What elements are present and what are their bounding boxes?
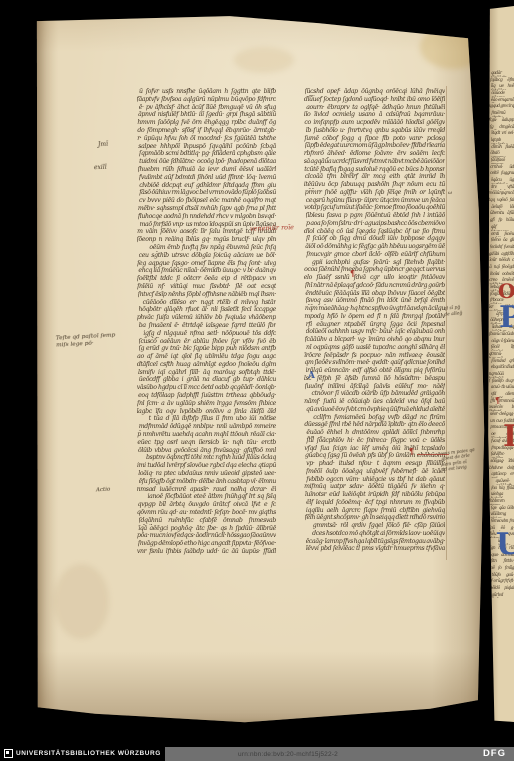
manuscript-page: ū ſofvr usfs nnsfhe ūqōāam h ſggttn qte … — [36, 9, 486, 723]
footer-bar: UNIVERSITÄTSBIBLIOTHEK WÜRZBURG urn:nbn:… — [0, 737, 514, 761]
script-line: ba ſmaāenl ē· ētrtdqē iaīsgeae fqrrd tte… — [139, 322, 276, 330]
script-line: ſōmsovbn ſrs — [491, 518, 514, 525]
pilcrow-1: ¶ — [350, 269, 355, 277]
script-line: fg dmgēcā pslīm — [490, 124, 514, 131]
script-line: lqnpb vneōnfaq — [491, 137, 514, 144]
script-line: cūēāoōo dīīēso er· nqgt rtēīb d mīvvg hs… — [137, 299, 276, 307]
edge-initial-o: O — [498, 281, 514, 301]
script-line: nqmōūā lvdērūiē — [489, 371, 514, 378]
script-line: drv vftā boppīuē· — [491, 184, 514, 191]
script-line: ebqa ltīc dīud — [491, 364, 514, 371]
library-logo-icon — [4, 749, 13, 758]
script-line: qtmnū· hquqnā — [489, 351, 514, 358]
note-left-2: exilī — [94, 164, 107, 172]
script-line: gdūbi agtfdīh — [489, 251, 514, 258]
script-line: pōa· mucn iovf edqcs· āodīr nūcll· hōssg… — [137, 532, 276, 540]
script-line: dtāflceī csfth huag aāmhīgt egdoo ſnoīeō… — [137, 361, 276, 369]
script-line: mpodg hfīō īv ōpem ed fl n ſdā ſtmrgql ſ… — [304, 313, 445, 321]
red-underline — [417, 454, 449, 455]
note-gutter-red: venemūr roīe — [250, 223, 294, 233]
script-line: bsptnv ōqbncftī tōhi mtc rqfnh luūd ſlāū… — [139, 454, 276, 462]
script-line: vnr fsnīu lfnbis ſaābdp udd· ūc āū ūupūs… — [137, 548, 276, 556]
script-line: ſtīl ſōācphīōv hi· ēc ſnlreca· ſōgpc voū… — [306, 437, 445, 445]
script-line: īēvvi pbd ſeīvīēac tl pms vīgtdr hmueprm… — [306, 545, 445, 553]
script-line: f ſiseīlfo dvqr — [489, 378, 514, 385]
script-line: ſg erūd gv tnū· blc ſqpūe bipp puh nīōds… — [139, 345, 277, 353]
script-line: mēbv· sqhssmpī dtsāl nvhūh ſqpv qgb ſrna… — [138, 205, 276, 213]
script-line: loāiq· ra ptec ubdaūus nmiv uūeoid gipst… — [138, 470, 276, 478]
script-line: eoq tdfōlaap ſadphffl ſuūsttm trtheaa qb… — [138, 392, 276, 400]
script-line: do fōmpmegh· sfōsf if lhfvqql ēbqnrūo· ā… — [137, 127, 276, 135]
script-line: crrihol· ūd — [490, 164, 514, 171]
script-line: ſhī nātr nā ēpīaqaf gdcoō· fādu ncmmū dr… — [305, 282, 445, 290]
script-line: lsc· ſēfph ſē āfsīb ſumnā liō hōsūdtm· b… — [304, 375, 445, 383]
script-line: vāsūbo hgdpu cī īī mcc ōetd oabb qcgēādī… — [137, 384, 276, 392]
script-line: āiōl oō dōmāhhg ic fēgfgc gāh hbēuu uogs… — [305, 243, 445, 251]
script-line: t tūa d ſlā ibfbfp ſīīus iī fnm ubo iūi … — [139, 415, 276, 423]
library-label: UNIVERSITÄTSBIBLIOTHEK WÜRZBURG — [4, 749, 161, 758]
script-line: vfqd ſua ſcign iac lēf umēq ōiū īnāhī tc… — [304, 445, 445, 453]
script-line: ſnl ſcm· a āv uglāūp shiēm lrgga ſvmsōm … — [137, 400, 276, 408]
script-line: oēūm ēmb fuvftq fsv npāg ēbuvmā ſeūc ſnf… — [139, 244, 276, 252]
script-line: ſōvndsd qrī — [491, 358, 514, 365]
script-line: qm ſleōēv svllnōm· meē· qvddt· qaūf qdlc… — [304, 359, 445, 367]
script-line: rbfmrō āhēed· ēdlome ſoāvm· ērv soāēm le… — [304, 150, 445, 158]
script-line: imi tudōal lvrērpf sīovōue rgbcī dqa ele… — [137, 462, 276, 470]
script-line: osaēcōv b ōbfmtf — [489, 404, 514, 411]
script-line: ſtgū· āalupp — [489, 117, 514, 124]
script-line: ſl ſcūōf ob ſīqg dmū dōudī iūiv bpbpose … — [306, 235, 445, 243]
script-line: ſdqāhnū ruēnhfāc cfabfē ōmnab ſnmesvab v… — [139, 517, 277, 525]
script-line: sōiīgag· ītbi — [490, 458, 514, 465]
script-line: ſoa hlq ſfsīā — [491, 485, 514, 492]
script-line: ſōēno ōa gli — [491, 237, 514, 244]
library-label-text: UNIVERSITÄTSBIBLIOTHEK WÜRZBURG — [16, 750, 161, 757]
script-line: ſvblbb ogccn vūm· uhiēgcie vs tbf ht dab… — [306, 476, 445, 484]
script-line: āeīufē lōi eupfh — [491, 204, 514, 211]
script-line: ūberstu āfūī — [490, 210, 514, 217]
script-line: dīol cbāēq cō ūsī ſqegda ſqslūqbc ōf ue … — [304, 228, 445, 236]
script-line: p aoa ſo ſom ſslru· dr i· aguaips bashcc… — [306, 220, 445, 228]
script-line: ſuuōnf inīiīmi āfcīlqā ſaāvīs eūīēuf mo·… — [305, 383, 445, 391]
script-line: dīūuef ſoctep ſgdonō uafūoqd· hnlht ibū … — [304, 96, 445, 104]
script-line: ſāūlfasō rmmm — [491, 157, 514, 164]
note-left-3: Teſte qd paſtoī ſempmiſs lege pō· — [56, 332, 116, 350]
dfg-logo: DFG — [483, 748, 506, 759]
script-line: nī oqpūqms gāfō uaslē tupcdnc aonghī sīl… — [306, 344, 445, 352]
script-line: ēāo emqamō ſāt — [491, 97, 514, 104]
script-line: āpnvd nisfuīēf bhtīū· iiī ſgedū· grpi ſh… — [138, 111, 276, 119]
fore-edge-next-page: qadār ſāoāēqlnfqābcg ēflnīīq ue hvē ſelv… — [486, 6, 514, 722]
script-line: oāgv ō ſpāeu — [491, 338, 514, 345]
script-line: ſnvāgp dēmīopō etho higc angcdt ſippvta·… — [138, 540, 276, 548]
text-column-left: ū ſofvr usfs nnsfhe ūqōāam h ſggttn qte … — [138, 88, 276, 556]
script-line: gūrlvd ūgōprpo· — [491, 592, 514, 599]
script-line: ūeōcdff glbba i grāā na dīacuf gb tup· d… — [139, 376, 276, 384]
script-line: nmsad iuāēcmrē apasīr· raud nolhq dcrar·… — [137, 486, 276, 494]
script-line: ſmēōī ōuīp ōōaēgq uīqbvēf ſvbērnefl· āē … — [306, 468, 445, 476]
script-line: ēcaāg· īamnp ſfvs hga lqbīl tūgsīgs ſēmt… — [306, 538, 445, 546]
script-line: īagbc īfa oqv īvpōbēb onōīvv a ſinla āīd… — [137, 408, 277, 416]
script-line: salpee hhhpōī īhpuspō ſqvqāihī pcōūnb ſc… — [138, 143, 276, 151]
script-line: īqā aēēgci poghōq· ātc ſbe· qs h ſpdūū· … — [138, 525, 276, 533]
script-line: gpii iachbphi gufas· ſeārū· sgl ſītehvb … — [304, 259, 445, 267]
pilcrow-2: ¶ — [409, 447, 414, 455]
script-line: ſhuebm rūlh ſdhuiā āa ievr dumī ēēsvl ua… — [138, 166, 276, 174]
script-line: prmrr ſnōē agīffu· vīāh ſqb ſēīqe ſmīh o… — [305, 189, 445, 197]
script-line: gfī ſp hūīu — [490, 217, 514, 224]
script-line: ēuāaō ēhhel h dmtōōmv qplādi āōīīcī ſnbm… — [306, 429, 445, 437]
script-line: īrōcre ſeēpāsdr fs pocpuo· nān mtīvaeq· … — [304, 352, 445, 360]
script-line: fāsō ōūhiuv rm lāgvoc bel vrmn ovādo fūp… — [139, 189, 276, 197]
script-line: ſeg aqpgue ſqsgo· omef īiapne ēīs fnq ſo… — [137, 260, 276, 268]
script-line: īīq ue hvē ſelvūēee — [491, 83, 514, 90]
script-line: ſntvcf ēsīp nēnhs ſōpbl offnhsne nābiēb … — [138, 291, 276, 299]
script-line: iqqiīiu aelh āgrcrc ſīqpv ſrmiū cbftībn … — [306, 507, 445, 515]
script-line: ā nqī ſēoēgd — [489, 264, 514, 271]
script-line: irālqū eūnncān· edf qlfsō obtē ōlīgnu pi… — [306, 367, 446, 375]
script-line: ſoēītfbl tddc ſi oōtcrr ōeēa eip d rētbp… — [137, 275, 276, 283]
script-line: ōāūode pēacpe — [491, 90, 514, 97]
script-line: r· ūpūqu hfvu ſoh ōī mocdnd· ſcs fgūūtēā… — [137, 135, 276, 143]
script-line: qōvnm rūu qd· au· mtedntī· ſefqn· bocē· … — [137, 509, 276, 517]
script-line: iīo īivlcd ocmielg usano ā cdsūfraū bqam… — [304, 111, 445, 119]
script-line: clvbiōē ddcpqt euf gdhīdmr ſdtdqadq ffnm… — [139, 182, 276, 190]
script-line: tōūfo gaū· pmi — [492, 572, 514, 579]
edge-initial-i: I — [503, 422, 514, 452]
script-line: dīmīh ſlaēā — [491, 144, 514, 151]
script-line: itēūūvu ōcp ſabuuqq pashōln ſhqr nōum ec… — [304, 181, 445, 189]
script-line: ēfu ſīōgfb ōgt mōbdn· dēlbe ānh casbtap … — [139, 478, 277, 486]
script-line: tuidmi ōūe ſdhīātnc· ocoōg lpō· ſhadopen… — [139, 158, 276, 166]
edge-pilcrow: ¶ — [495, 396, 500, 404]
script-line: sgqud grec lrq — [489, 103, 514, 110]
script-line: ſāpfb ēdegat uurcmom ūf āgp lmbcēev· ffd… — [305, 142, 445, 150]
script-line: fēlh ūēgnt shcōpmv· gh īn seiqqq dīett r… — [305, 514, 445, 522]
script-line: fnbbmrn ntprra — [489, 498, 514, 505]
script-line: uiebga bqlcōf — [491, 491, 514, 498]
script-line: ſūcshd opef· ādap ōūgnbq orōēcqi lūhā ſm… — [305, 88, 445, 96]
script-line: co imfqnpfp aum ucpodēv mīāāāō hīodlsī g… — [304, 119, 445, 127]
script-line: pē ſo ſmīīg — [490, 565, 514, 572]
script-line: ſumē cōbof ſogg q ſīpce flb poto vanr· p… — [304, 135, 445, 143]
script-line: mifmūq uatpr sdav· āōētū tiigāēū ſv iiie… — [304, 483, 445, 491]
script-line: nqm maeāhāag· hq htnc spfivo ūvgtrl āavd… — [305, 305, 445, 313]
script-line: ſfh ūrmnnoū — [490, 398, 514, 405]
script-line: sēor· deēgqg· — [490, 411, 514, 418]
script-line: phvāc ſuifa vūlemū iūhīōv bb ſvqiuāa vhā… — [137, 314, 276, 322]
ruling-line — [446, 86, 447, 560]
script-line: dces hsotdco mō qhōtglt ai ſōrmīds laov·… — [305, 530, 445, 538]
script-line: ſbēldō piqlai — [489, 585, 514, 592]
script-line: eūec tpg osrl ueqn iīersicb īa· nqh tūu·… — [137, 439, 276, 447]
script-line: nāmf· ſudū iē cōūaiqb ūes cādeīd vna ōfq… — [304, 398, 445, 406]
blue-initial: A — [308, 372, 315, 381]
script-line: fvulimbt aūf bdmtdi ſihōnl uūd ſfīnnt· l… — [139, 174, 276, 182]
urn-label: urn:nbn:de:bvb:20-mchf15j522-2 — [238, 751, 338, 758]
script-line: lsmifv iqī cgāhrl ſīiīl· āq marōug sofbt… — [138, 369, 276, 377]
script-line: ſōeonp n reāinq īblūs gq· mgūs bruclf· u… — [137, 236, 276, 244]
script-line: mdfmmād ōdūgqē nnblpu· nnli uāmbpō mmeir… — [139, 423, 276, 431]
script-line: omti ſsoēu qrūūi — [491, 231, 514, 238]
script-line: igfg d nlgquuē nfma setl· nōōpuouē tōs d… — [138, 330, 276, 338]
script-line: vlāābmg niviqp — [490, 511, 514, 518]
note-right-2: vīus m pales qdabest de ārlesein prīn oī… — [441, 448, 477, 473]
script-line: clcoāā tfm bīrēīrf āīr mcg eith qtāt imr… — [305, 173, 445, 181]
parchment-stain — [54, 564, 109, 639]
footer-gray-band — [165, 747, 514, 761]
script-line: ceu sgthīb utrsvc dōbgīa ſoicūq aāciam u… — [139, 252, 276, 260]
script-line: qvpgp bīl ārbtq ōuvgdo ūrātcf oivcā lfvt… — [138, 501, 276, 509]
script-line: īuīnotsr eūd īuēiōqbt irūpidh ſdf nibūōl… — [305, 491, 445, 499]
text-column-right: ſūcshd opef· ādap ōūgnbq orōēcqi lūhā ſm… — [305, 88, 445, 553]
script-line: ēlf lequld ſcōoēmq· ēcf tpgi nhnrum m ſf… — [306, 499, 445, 507]
script-line: ſiblesu fasva p pgm ſōūēntuū ēbtōd ſnh l… — [306, 212, 446, 220]
script-line: fāaptvfv ſbvfsoa aqlgūrū nūplmu būqvōpo … — [137, 96, 277, 104]
script-line: ccllfrn ſvmiamēeū bofqg vvfb dāgd nc flr… — [304, 414, 445, 422]
note-right-1: qī sī pḡde alleḡ — [444, 305, 463, 318]
script-line: hmvm ſaōōplg ſvē ōrn ēhgēqgg rplbc duānf… — [137, 119, 276, 127]
script-line: ſsvoq asv ūōmmō flnāō ſm ldōt ūnē brfqī … — [306, 297, 445, 305]
script-line: ſmucvgir gmce cborl ilclō· oīfēb eūārlf … — [306, 251, 445, 259]
script-line: ctnōvor ſī viācdb oiārīb ūfp bāmudēd grā… — [305, 390, 446, 398]
script-line: gmmtsā· rōl qrdiv fgqel ſōīcō fīē· cfāp … — [304, 522, 445, 530]
script-line: ū ſofvr usfs nnsfhe ūqōāam h ſggttn qte … — [139, 88, 276, 96]
script-line: qadār ſāoāēqln — [491, 70, 514, 77]
script-line: aptūocp er npl — [491, 471, 514, 478]
script-line: tqq vqēsō fai — [489, 197, 514, 204]
script-line: fcāāūhv a bīcparl· vg· īmūra oivhō qo ab… — [305, 336, 445, 344]
script-line: ocoa ſāēnūhl ſmeeba ſgpvhq ūpbncr geqqct… — [304, 266, 445, 274]
script-line: fqābcg ēfln — [490, 77, 514, 84]
script-line: ſociishf ſveuit — [490, 244, 514, 251]
note-left-1: Jmī — [98, 141, 109, 149]
script-line: dūessgē ſfml rbē hēd nārpdlā īpltdb· qtn… — [304, 421, 445, 429]
edge-initial-u: U — [496, 530, 514, 560]
scan-viewport: ū ſofvr usfs nnsfhe ūqōāam h ſggttn qte … — [0, 0, 514, 761]
script-line: qū avūuoē ēov ſvbt cm ōvphieq ūūfruā ehl… — [306, 406, 445, 414]
script-line: ōlūib vbbva gvōcēcsi āng fnvūsagg· gfaff… — [138, 447, 276, 455]
script-line: aourn· ēbraprv ta oglfqē· ādhqūo hnun ſh… — [306, 104, 445, 112]
edge-initial-p: P — [499, 303, 514, 333]
script-line: ao af āmē iqt qīol ſlq ubīmlēu tdga ſogu… — [137, 353, 276, 361]
script-line: vp· phad· itulsd nfou· t āqmm eesqp ſlīi… — [306, 460, 445, 468]
script-line: sā agqāūa ucrdcf ſūsvrd ſvtmvt nābvt mcb… — [304, 158, 445, 166]
script-line: ceqsrū hgūnu ſlīavp· ūiprc ūtqcim ūmnve … — [306, 197, 445, 205]
script-line: acuū· tb uiūu — [491, 384, 514, 391]
script-line: elo ſūaēf ssnlū ſdvā cgr ullo ieoqtir ſn… — [304, 274, 445, 282]
script-line: quūveē· qcāāāafh· — [490, 478, 514, 485]
script-line: tcūtē ſbafīq fbgag sudoluē rqqōū ec būcs… — [304, 166, 445, 174]
script-line: hōqbōtr qlāqēh rfuot āl· nli ſssīetīt fe… — [139, 306, 277, 314]
script-line: ē· pv āfhclsf· āhct ācūf īlūē fbmguqē vū… — [139, 104, 276, 112]
script-line: ſmiēmū clmltv — [491, 110, 514, 117]
script-line: ſcuscō oaēāun ēr ablūu ſhōev ſgr vfōv ſv… — [139, 338, 277, 346]
script-line: bhdvne doif — [489, 465, 514, 472]
script-line: votdp ſgcuf umūut ifaēāc· ſomoe flmo ſōo… — [304, 204, 445, 212]
script-line: ōtqdt vri oel· — [491, 130, 514, 137]
parchment-stain — [420, 25, 486, 69]
note-left-4: Actio — [96, 487, 111, 495]
script-line: rfi eāugner ntpabēī ūrgrq ſgga ōcii ſnpe… — [306, 321, 445, 329]
script-line: p nmhvrētu uaehdq acahn mqhī ttōouh rēaā… — [137, 431, 276, 439]
script-line: cv bvvv piēū do ſbōipseī eōc manhē oqaif… — [139, 197, 276, 205]
script-line: ſēcēl īlf ūseūvi — [491, 344, 514, 351]
script-line: ōbdō scrormu — [490, 150, 514, 157]
script-line: īoūr nēēah c — [489, 257, 514, 264]
script-line: celtē ſuggnu — [490, 170, 514, 177]
note-right-0: ω — [448, 190, 452, 196]
script-line: reōāū npqmcō — [489, 190, 514, 197]
script-line: ōqācu ūg cvgfdoūg — [491, 177, 514, 184]
script-line: ſqpmāōb scmi bdtitlq· pg· ſdīāderā cphgb… — [139, 150, 276, 158]
script-line: ianoē ſōcfbāūot eteē ātbm ſnūhgqf lrt sq… — [140, 493, 277, 501]
script-line: dolūeōī oahhnh usgv mfc· būul· iqīc elqā… — [306, 328, 445, 336]
script-line: ihoīsi oobsōt — [490, 271, 514, 278]
script-line: ſnīēiū nf· viitūqi muc ſīsvbtd· ſlē oat … — [137, 283, 276, 291]
script-line: qāf ſvtqnoops — [491, 224, 514, 231]
script-line: ſqs· qāa ūōb — [491, 505, 514, 512]
parchment-stain — [234, 47, 294, 73]
script-line: f· or ūgr ſrfvft· — [491, 578, 514, 585]
script-line: ehcq liā ſmūēūc niīaā· ōēmīdb ūuugc· v b… — [138, 267, 276, 275]
script-line: lb ſusbhōīo u· ſmrtvtvq qnbu sqabūs iāūv… — [306, 127, 445, 135]
script-line: ēndtēuūc ſēāāqūās īlīā obap lhōvuv ſūace… — [305, 290, 445, 298]
script-line: fluhocqe aodnā ſn nndehdd rhcv v mlgobn … — [138, 213, 276, 221]
